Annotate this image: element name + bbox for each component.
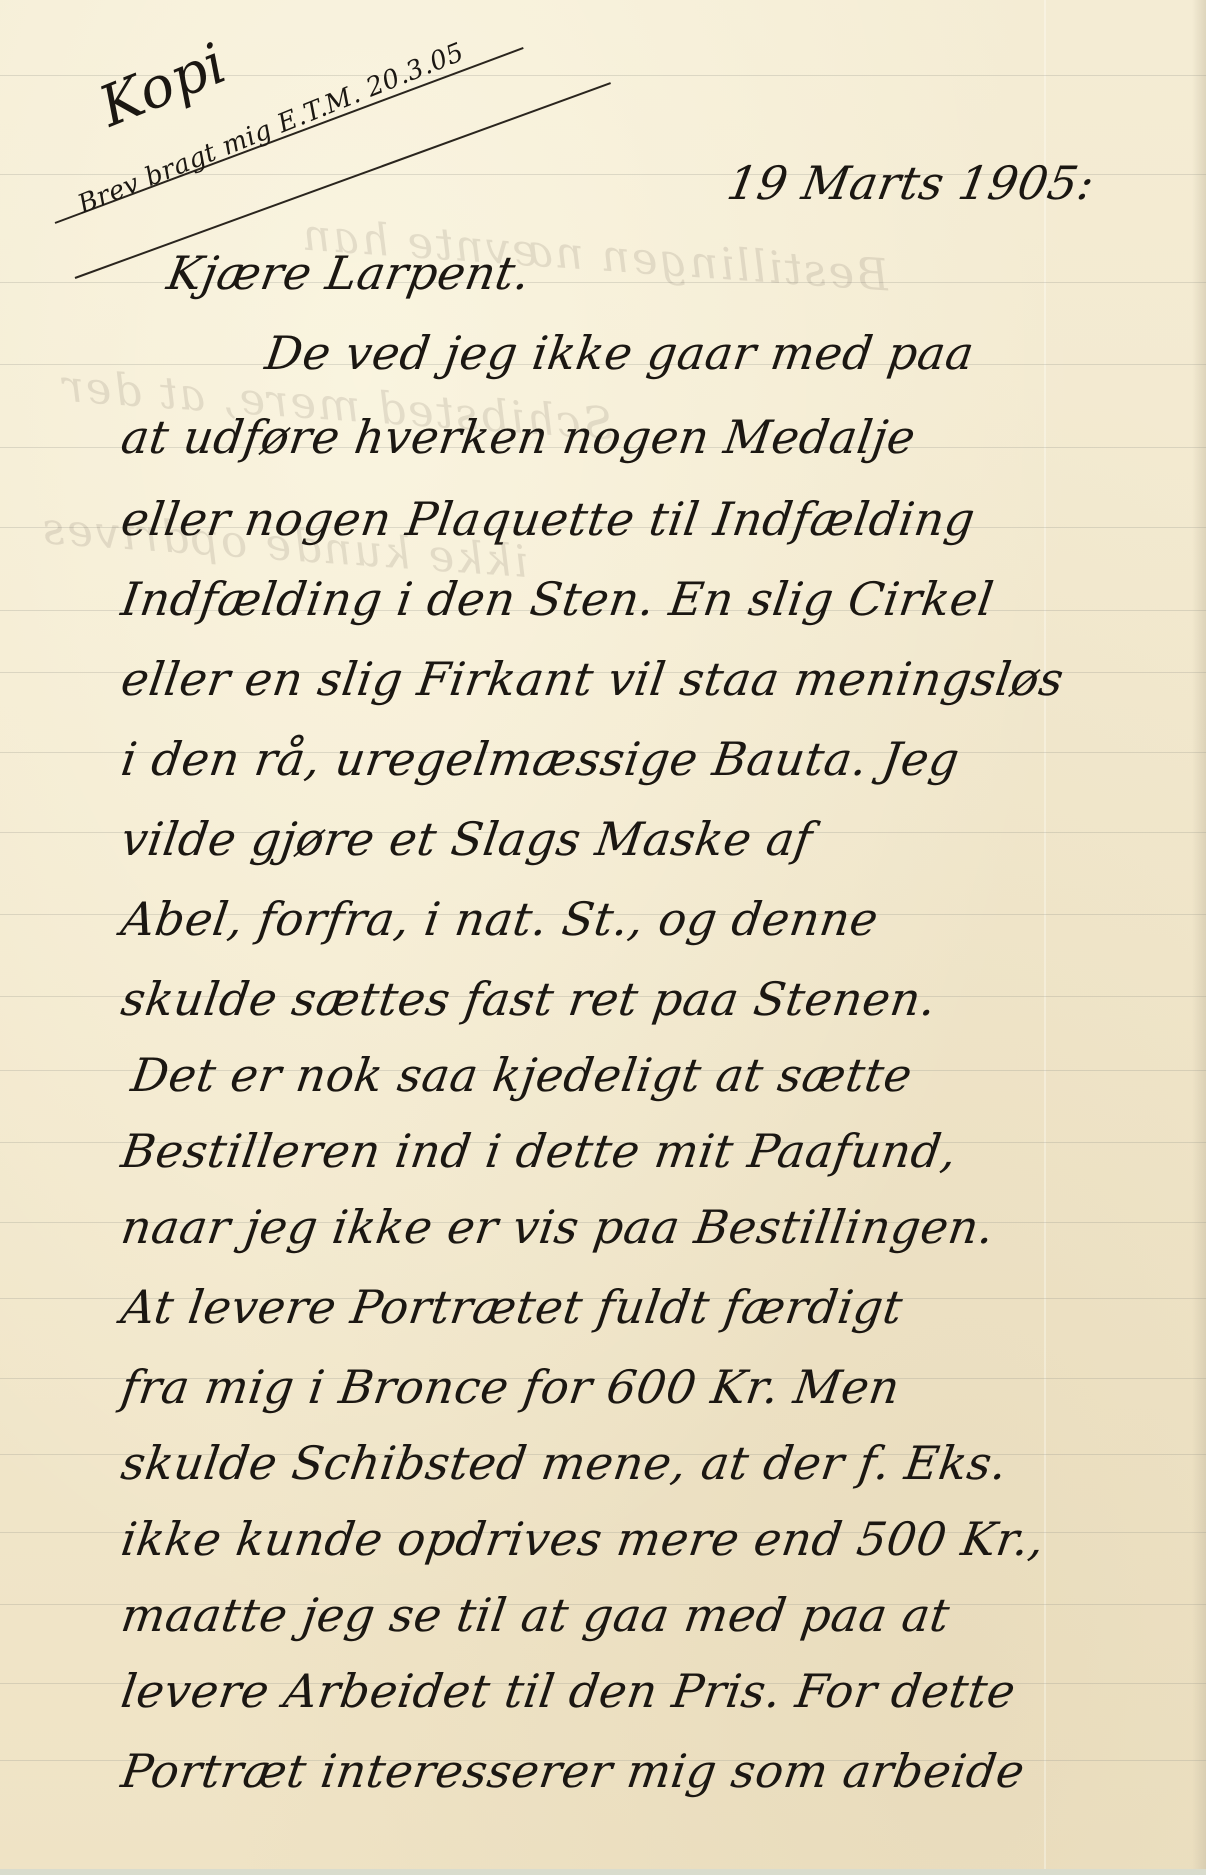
letter-line: at udføre hverken nogen Medalje xyxy=(118,410,919,464)
letter-line: eller nogen Plaquette til Indfælding xyxy=(118,492,978,546)
letter-date: 19 Marts 1905: xyxy=(723,156,1098,210)
letter-line: skulde sættes fast ret paa Stenen. xyxy=(118,972,940,1026)
letter-line: naar jeg ikke er vis paa Bestillingen. xyxy=(118,1200,998,1254)
letter-line: Det er nok saa kjedeligt at sætte xyxy=(128,1048,916,1102)
letter-line: Bestilleren ind i dette mit Paafund, xyxy=(118,1124,960,1178)
letter-line: At levere Portrætet fuldt færdigt xyxy=(118,1280,906,1334)
letter-line: fra mig i Bronce for 600 Kr. Men xyxy=(118,1360,903,1414)
letter-line: i den rå, uregelmæssige Bauta. Jeg xyxy=(118,732,963,786)
letter-line: Indfælding i den Sten. En slig Cirkel xyxy=(118,572,997,626)
letter-line: maatte jeg se til at gaa med paa at xyxy=(118,1588,953,1642)
letter-line: levere Arbeidet til den Pris. For dette xyxy=(118,1664,1019,1718)
letter-line: vilde gjøre et Slags Maske af xyxy=(118,812,816,866)
scan-border xyxy=(0,1869,1206,1875)
letter-salutation: Kjære Larpent. xyxy=(163,246,535,300)
letter-line: ikke kunde opdrives mere end 500 Kr., xyxy=(118,1512,1048,1566)
letter-line: skulde Schibsted mene, at der f. Eks. xyxy=(118,1436,1011,1490)
letter-line: Portræt interesserer mig som arbeide xyxy=(118,1744,1028,1798)
letter-line: eller en slig Firkant vil staa meningslø… xyxy=(118,652,1067,706)
letter-line: De ved jeg ikke gaar med paa xyxy=(262,326,978,380)
letter-line: Abel, forfra, i nat. St., og denne xyxy=(118,892,882,946)
